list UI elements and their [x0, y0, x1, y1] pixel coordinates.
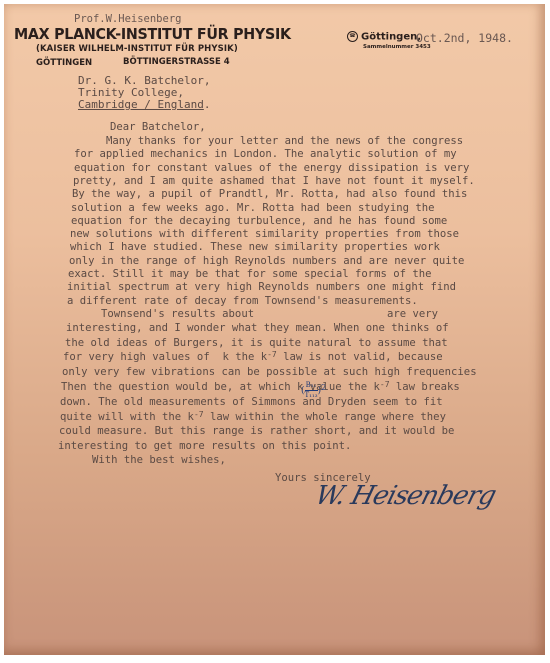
institute-subtitle: (KAISER WILHELM-INSTITUT FÜR PHYSIK): [36, 44, 238, 54]
paragraph-1-line: solution a few weeks ago. Mr. Rotta had …: [71, 202, 435, 214]
paragraph-1-line: By the way, a pupil of Prandtl, Mr. Rott…: [72, 188, 467, 200]
text: Then the question would be, at which k v…: [61, 381, 380, 393]
letter-place: ☎Göttingen,: [347, 31, 421, 43]
recipient-city: Cambridge / England.: [78, 99, 210, 111]
institute-city: GÖTTINGEN: [36, 58, 92, 68]
paragraph-1-line: a different rate of decay from Townsend'…: [67, 295, 418, 307]
paragraph-1-line: exact. Still it may be that for some spe…: [68, 268, 432, 280]
salutation: Dear Batchelor,: [110, 121, 206, 133]
paragraph-2-line-9: could measure. But this range is rather …: [59, 425, 454, 437]
paragraph-2-line-8: quite will with the k-7 law within the w…: [60, 411, 446, 423]
paragraph-2-line-1b: are very: [387, 308, 438, 320]
paragraph-1-line: for applied mechanics in London. The ana…: [74, 148, 457, 160]
letter-date: Oct.2nd, 1948.: [416, 31, 513, 45]
recipient-city-suffix: .: [204, 98, 211, 111]
phone-number: Sammelnummer 3453: [363, 44, 431, 50]
exponent: -7: [267, 350, 277, 359]
paragraph-2-line-3: the old ideas of Burgers, it is quite na…: [65, 337, 448, 349]
paragraph-1-line: which I have studied. These new similari…: [70, 241, 440, 253]
paragraph-1-line: initial spectrum at very high Reynolds n…: [67, 281, 456, 293]
exponent: -7: [380, 380, 390, 389]
paragraph-1-line: only in the range of high Reynolds numbe…: [69, 255, 464, 267]
paragraph-2-line-10: interesting to get more results on this …: [58, 440, 351, 452]
sender-name: Prof.W.Heisenberg: [74, 13, 181, 25]
paragraph-1-line: new solutions with different similarity …: [70, 228, 459, 240]
text: quite will with the k: [60, 411, 194, 423]
paragraph-2-line-5: only very few vibrations can be possible…: [62, 366, 477, 378]
paragraph-1-line: Many thanks for your letter and the news…: [106, 135, 463, 147]
text: law is not valid, because: [277, 351, 443, 363]
paragraph-2-line-1a: Townsend's results about: [101, 308, 254, 320]
signature: W. Heisenberg: [312, 481, 499, 511]
text: for very high values of k the k: [63, 351, 267, 363]
closing-wishes: With the best wishes,: [92, 454, 226, 466]
paragraph-1-line: pretty, and I am quite ashamed that I ha…: [73, 175, 475, 187]
place-text: Göttingen,: [361, 32, 421, 43]
text: law within the whole range where they: [204, 411, 446, 423]
letter-page: Prof.W.Heisenberg MAX PLANCK-INSTITUT FÜ…: [4, 4, 545, 655]
recipient-city-text: Cambridge / England: [78, 98, 204, 111]
institute-name: MAX PLANCK-INSTITUT FÜR PHYSIK: [14, 25, 291, 43]
exponent: -7: [194, 410, 204, 419]
paragraph-2-line-6: Then the question would be, at which k v…: [61, 381, 460, 393]
paragraph-1-line: equation for the decaying turbulence, an…: [71, 215, 447, 227]
institute-street: BÖTTINGERSTRASSE 4: [123, 57, 230, 67]
paragraph-2-line-4: for very high values of k the k-7 law is…: [63, 351, 443, 363]
text: law breaks: [390, 381, 460, 393]
telephone-icon: ☎: [347, 31, 358, 42]
paragraph-1-line: equation for constant values of the ener…: [74, 162, 469, 174]
paragraph-2-line-7: down. The old measurements of Simmons an…: [60, 396, 443, 408]
paragraph-2-line-2: interesting, and I wonder what they mean…: [66, 322, 449, 334]
